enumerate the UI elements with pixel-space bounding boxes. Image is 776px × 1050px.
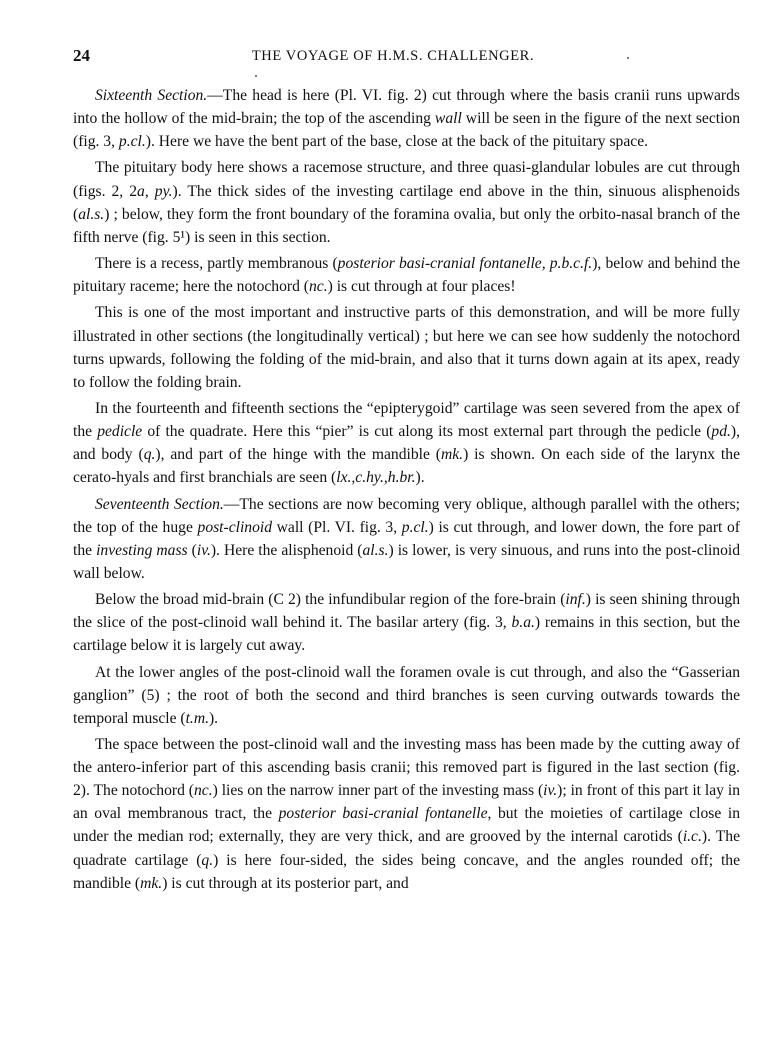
italic-run: al.s.	[363, 542, 389, 559]
text-run: of the quadrate. Here this “pier” is cut…	[142, 423, 711, 440]
text-run: This is one of the most important and in…	[73, 304, 740, 390]
body-text: Sixteenth Section.—The head is here (Pl.…	[73, 84, 740, 898]
text-run: ) lies on the narrow inner part of the i…	[213, 782, 544, 799]
italic-run: post-clinoid	[198, 519, 273, 536]
italic-run: mk.	[441, 446, 463, 463]
text-run: ) is cut through at its posterior part, …	[162, 875, 408, 892]
running-head: 24 THE VOYAGE OF H.M.S. CHALLENGER.	[73, 46, 713, 66]
paragraph-sixteenth-section: Sixteenth Section.—The head is here (Pl.…	[73, 84, 740, 153]
italic-run: i.c.	[683, 828, 702, 845]
italic-run: iv.	[543, 782, 557, 799]
text-run: ). Here the alisphenoid (	[211, 542, 363, 559]
italic-run: p.cl.	[119, 133, 146, 150]
italic-run: a	[137, 183, 145, 200]
text-run: At the lower angles of the post-clinoid …	[73, 664, 740, 727]
italic-run: nc.	[309, 278, 328, 295]
text-run: Below the broad mid-brain (C 2) the infu…	[95, 591, 565, 608]
print-speck	[255, 75, 257, 77]
paragraph-pituitary-body: The pituitary body here shows a racemose…	[73, 156, 740, 248]
italic-run: lx.,c.hy.,h.br.	[336, 469, 415, 486]
text-run: ) ; below, they form the front boundary …	[73, 206, 740, 246]
italic-run: Sixteenth Section.	[95, 87, 207, 104]
paragraph-mid-brain: Below the broad mid-brain (C 2) the infu…	[73, 588, 740, 657]
text-run: ), and part of the hinge with the mandib…	[155, 446, 441, 463]
italic-run: iv.	[197, 542, 211, 559]
paragraph-seventeenth-section: Seventeenth Section.—The sections are no…	[73, 493, 740, 585]
italic-run: inf.	[565, 591, 585, 608]
italic-run: pedicle	[97, 423, 142, 440]
paragraph-epipterygoid: In the fourteenth and fifteenth sections…	[73, 397, 740, 489]
text-run: ,	[145, 183, 155, 200]
running-title: THE VOYAGE OF H.M.S. CHALLENGER.	[73, 48, 713, 65]
italic-run: q.	[144, 446, 156, 463]
italic-run: p.cl.	[402, 519, 429, 536]
italic-run: posterior basi-cranial fontanelle, p.b.c…	[338, 255, 593, 272]
italic-run: t.m.	[186, 710, 209, 727]
italic-run: Seventeenth Section.	[95, 496, 224, 513]
text-run: ) is cut through at four places!	[328, 278, 516, 295]
paragraph-demonstration: This is one of the most important and in…	[73, 301, 740, 393]
paragraph-foramen-ovale: At the lower angles of the post-clinoid …	[73, 661, 740, 730]
italic-run: q.	[201, 852, 213, 869]
text-run: ).	[209, 710, 218, 727]
text-run: wall (Pl. VI. fig. 3,	[272, 519, 402, 536]
paragraph-recess: There is a recess, partly membranous (po…	[73, 252, 740, 298]
italic-run: py.	[155, 183, 173, 200]
text-run: ). Here we have the bent part of the bas…	[146, 133, 648, 150]
text-run: There is a recess, partly membranous (	[95, 255, 338, 272]
italic-run: investing mass	[96, 542, 188, 559]
text-run: (	[188, 542, 197, 559]
italic-run: nc.	[194, 782, 213, 799]
italic-run: mk.	[140, 875, 162, 892]
italic-run: al.s.	[78, 206, 104, 223]
italic-run: b.a.	[512, 614, 535, 631]
paragraph-space-between: The space between the post-clinoid wall …	[73, 733, 740, 895]
book-page: 24 THE VOYAGE OF H.M.S. CHALLENGER. Sixt…	[0, 0, 776, 1050]
italic-run: posterior basi-cranial fontanelle	[279, 805, 488, 822]
text-run: ).	[416, 469, 425, 486]
print-speck	[627, 57, 629, 59]
italic-run: pd.	[711, 423, 731, 440]
italic-run: wall	[435, 110, 462, 127]
